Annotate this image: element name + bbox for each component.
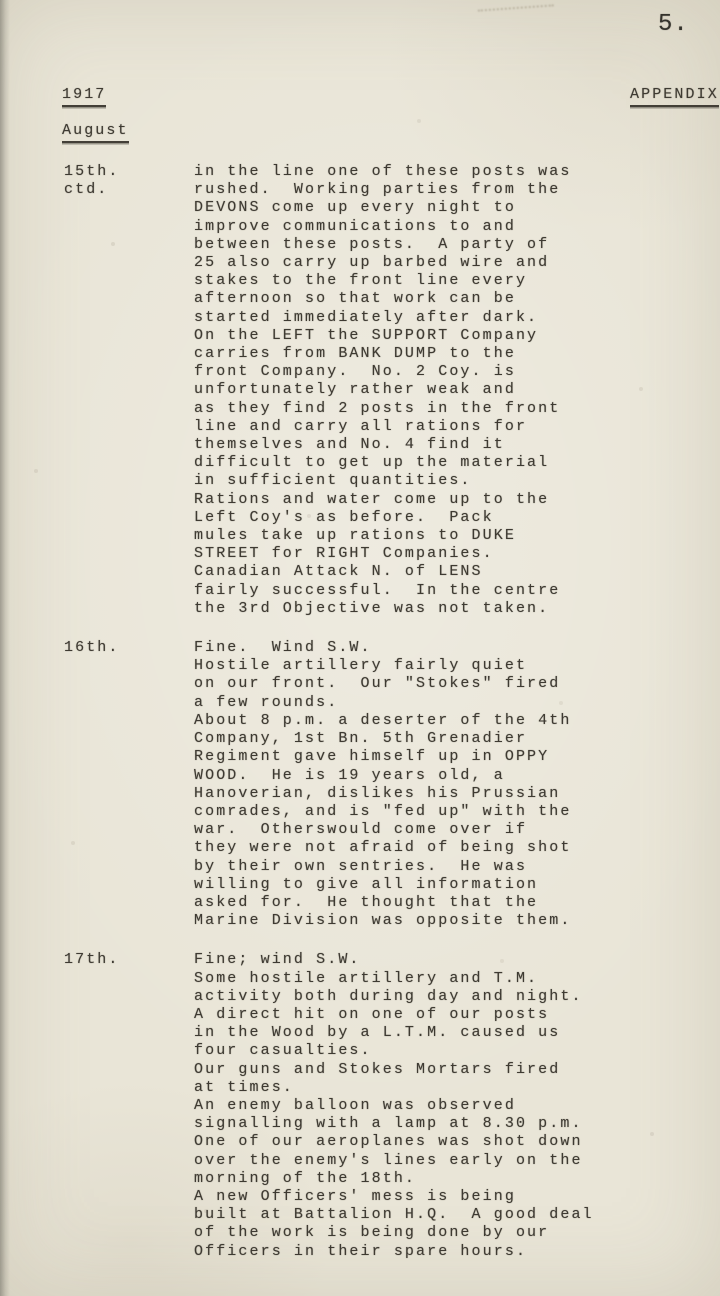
paper-speckles [0, 0, 2, 2]
entry-body: in the line one of these posts was rushe… [194, 163, 720, 618]
faint-pencil-mark [478, 4, 554, 17]
entry-body: Fine; wind S.W. Some hostile artillery a… [194, 951, 720, 1260]
entry-body: Fine. Wind S.W. Hostile artillery fairly… [194, 639, 720, 930]
diary-entries: 15th. ctd.in the line one of these posts… [0, 163, 720, 1282]
diary-entry: 15th. ctd.in the line one of these posts… [0, 163, 720, 618]
appendix-heading: APPENDIX [630, 86, 719, 107]
year-heading: 1917 [62, 86, 106, 107]
entry-date: 17th. [64, 951, 194, 969]
month-heading: August [62, 122, 129, 143]
entry-date: 15th. ctd. [64, 163, 194, 199]
page-number: 5. [658, 10, 689, 40]
entry-date: 16th. [64, 639, 194, 657]
diary-entry: 16th.Fine. Wind S.W. Hostile artillery f… [0, 639, 720, 930]
diary-entry: 17th.Fine; wind S.W. Some hostile artill… [0, 951, 720, 1260]
scanned-diary-page: 5. 1917 APPENDIX August 15th. ctd.in the… [0, 0, 720, 1296]
